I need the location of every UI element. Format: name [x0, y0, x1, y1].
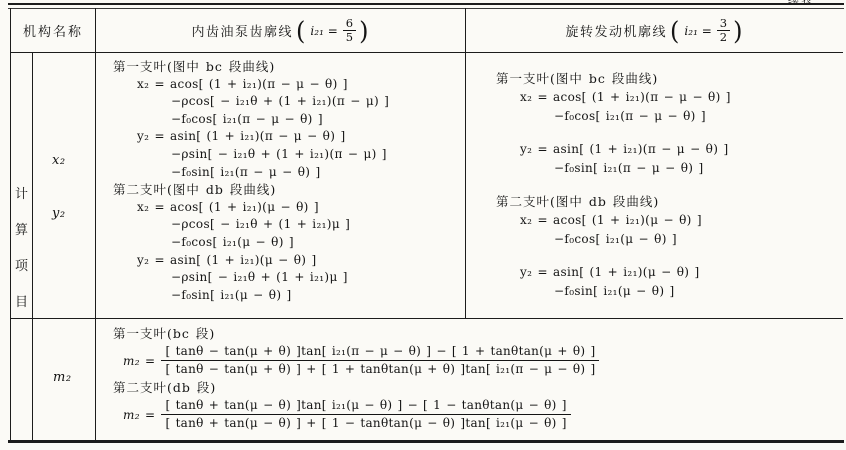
cell-engine-formulas: 第一支叶(图中 bc 段曲线)x₂ = acos[ (1 + i₂₁)(π − … — [466, 53, 843, 318]
left-paren: ( — [295, 18, 306, 43]
formula-line: 第一支叶(图中 bc 段曲线) — [496, 69, 843, 88]
formula-line: y₂ = asin[ (1 + i₂₁)(μ − θ) ] — [520, 263, 843, 282]
formula-line: −f₀sin[ i₂₁(μ − θ) ] — [171, 287, 465, 305]
row-label-x2: x₂ — [52, 153, 66, 168]
right-paren: ) — [358, 18, 369, 43]
pump-title-text: 内齿油泵齿廓线 — [192, 21, 294, 40]
formula-line: x₂ = acos[ (1 + i₂₁)(π − μ − θ) ] — [137, 76, 465, 94]
header-cell-engine-profile: 旋转发动机廓线 ( i₂₁ = 3 2 ) — [466, 9, 843, 52]
formula-line: x₂ = acos[ (1 + i₂₁)(π − μ − θ) ] — [520, 88, 843, 107]
m2-branch2-title: 第二支叶(db 段) — [113, 380, 843, 396]
gear-ratio-variable: i₂₁ = — [682, 24, 714, 38]
formula-line: −ρcos[ − i₂₁θ + (1 + i₂₁)(π − μ) ] — [171, 93, 465, 111]
formula-line: x₂ = acos[ (1 + i₂₁)(μ − θ) ] — [520, 211, 843, 230]
cell-pump-formulas: 第一支叶(图中 bc 段曲线)x₂ = acos[ (1 + i₂₁)(π − … — [96, 53, 465, 318]
calc-label-char: 项 — [15, 255, 28, 274]
m2-lhs: m₂ = — [123, 408, 155, 422]
fraction-denominator: 5 — [343, 31, 356, 44]
rule-top-thick — [8, 3, 844, 5]
gear-ratio-variable: i₂₁ = — [308, 24, 340, 38]
fraction-denominator: 2 — [717, 31, 730, 44]
formula-line: y₂ = asin[ (1 + i₂₁)(μ − θ) ] — [137, 252, 465, 270]
mechanism-name-label: 机构名称 — [23, 21, 83, 40]
calc-label-char: 算 — [15, 219, 28, 238]
formula-gap — [496, 178, 843, 192]
header-cell-mechanism-name: 机构名称 — [11, 9, 95, 52]
formula-gap — [496, 126, 843, 140]
row-label-calculation-items: 计 算 项 目 — [11, 53, 32, 440]
fraction-numerator: [ tanθ + tan(μ − θ) ]tan[ i₂₁(μ − θ) ] −… — [161, 398, 570, 415]
formula-line: y₂ = asin[ (1 + i₂₁)(π − μ − θ) ] — [520, 140, 843, 159]
formula-line: −f₀sin[ i₂₁(μ − θ) ] — [554, 282, 843, 301]
formula-line: 第二支叶(图中 db 段曲线) — [496, 192, 843, 211]
row-label-y2: y₂ — [52, 206, 66, 221]
engine-title-text: 旋转发动机廓线 — [566, 21, 668, 40]
right-paren: ) — [732, 18, 743, 43]
calc-label-char: 计 — [15, 183, 28, 202]
pump-profile-title: 内齿油泵齿廓线 ( i₂₁ = 6 5 ) — [192, 17, 370, 44]
fraction-numerator: 6 — [343, 17, 356, 31]
formula-line: y₂ = asin[ (1 + i₂₁)(π − μ − θ) ] — [137, 128, 465, 146]
formula-line: −f₀sin[ i₂₁(π − μ − θ) ] — [171, 164, 465, 182]
m2-branch1-title: 第一支叶(bc 段) — [113, 326, 843, 342]
cell-m2-formulas: 第一支叶(bc 段) m₂ = [ tanθ − tan(μ + θ) ]tan… — [96, 319, 843, 440]
scanned-table-page: 续表 机构名称 内齿油泵齿廓线 ( i₂₁ = 6 5 ) 旋转发动机廓线 ( … — [0, 0, 846, 450]
m2-branch2-equation: m₂ = [ tanθ + tan(μ − θ) ]tan[ i₂₁(μ − θ… — [123, 398, 843, 431]
formula-line: −f₀cos[ i₂₁(μ − θ) ] — [554, 230, 843, 249]
calc-label-char: 目 — [15, 291, 28, 310]
formula-line: −ρsin[ − i₂₁θ + (1 + i₂₁)μ ] — [171, 269, 465, 287]
header-cell-pump-profile: 内齿油泵齿廓线 ( i₂₁ = 6 5 ) — [96, 9, 465, 52]
formula-line: −f₀cos[ i₂₁(μ − θ) ] — [171, 234, 465, 252]
formula-line: −f₀cos[ i₂₁(π − μ − θ) ] — [554, 107, 843, 126]
rule-bottom-thick — [8, 440, 844, 443]
gear-ratio-fraction: 3 2 — [717, 17, 730, 44]
m2-branch1-fraction: [ tanθ − tan(μ + θ) ]tan[ i₂₁(π − μ − θ)… — [161, 344, 599, 377]
fraction-numerator: [ tanθ − tan(μ + θ) ]tan[ i₂₁(π − μ − θ)… — [161, 344, 599, 361]
m2-lhs: m₂ = — [123, 354, 155, 368]
gear-ratio-fraction: 6 5 — [343, 17, 356, 44]
formula-line: 第一支叶(图中 bc 段曲线) — [113, 58, 465, 76]
m2-branch1-equation: m₂ = [ tanθ − tan(μ + θ) ]tan[ i₂₁(π − μ… — [123, 344, 843, 377]
left-paren: ( — [669, 18, 680, 43]
fraction-denominator: [ tanθ − tan(μ + θ) ] + [ 1 + tanθtan(μ … — [161, 361, 599, 377]
engine-profile-title: 旋转发动机廓线 ( i₂₁ = 3 2 ) — [566, 17, 744, 44]
formula-line: −ρsin[ − i₂₁θ + (1 + i₂₁)(π − μ) ] — [171, 146, 465, 164]
formula-line: −ρcos[ − i₂₁θ + (1 + i₂₁)μ ] — [171, 216, 465, 234]
fraction-denominator: [ tanθ + tan(μ − θ) ] + [ 1 − tanθtan(μ … — [161, 415, 570, 431]
m2-branch2-fraction: [ tanθ + tan(μ − θ) ]tan[ i₂₁(μ − θ) ] −… — [161, 398, 570, 431]
formula-line: −f₀cos[ i₂₁(π − μ − θ) ] — [171, 111, 465, 129]
fraction-numerator: 3 — [717, 17, 730, 31]
rule-divider-items — [32, 52, 33, 441]
formula-gap — [496, 249, 843, 263]
formula-line: x₂ = acos[ (1 + i₂₁)(μ − θ) ] — [137, 199, 465, 217]
formula-line: 第二支叶(图中 db 段曲线) — [113, 181, 465, 199]
formula-line: −f₀sin[ i₂₁(π − μ − θ) ] — [554, 159, 843, 178]
row-label-m2: m₂ — [53, 370, 72, 385]
